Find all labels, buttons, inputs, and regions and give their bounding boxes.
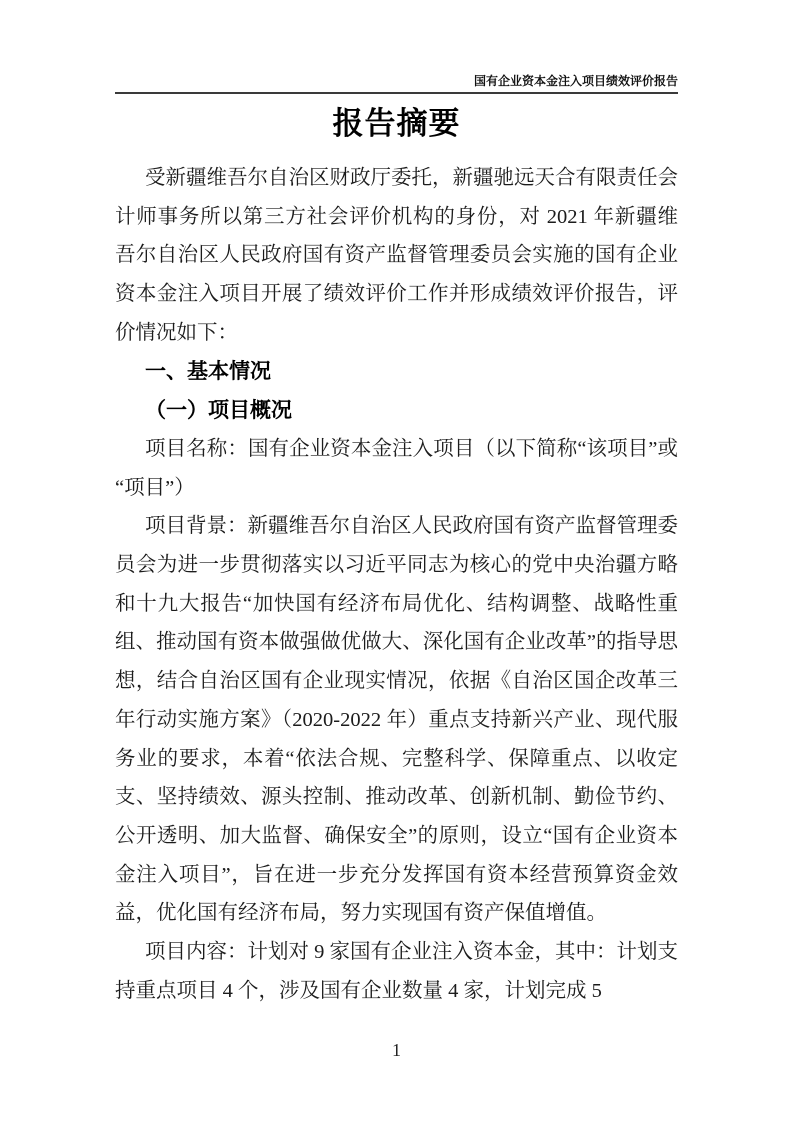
page-header: 国有企业资本金注入项目绩效评价报告	[115, 0, 678, 94]
paragraph-project-background: 项目背景：新疆维吾尔自治区人民政府国有资产监督管理委员会为进一步贯彻落实以习近平…	[115, 507, 678, 933]
subsection-heading-project-overview: （一）项目概况	[115, 391, 678, 430]
header-title-text: 国有企业资本金注入项目绩效评价报告	[474, 74, 678, 88]
report-page: 国有企业资本金注入项目绩效评价报告 报告摘要 受新疆维吾尔自治区财政厅委托，新疆…	[0, 0, 793, 1122]
section-heading-basic-situation: 一、基本情况	[115, 353, 678, 392]
paragraph-project-content: 项目内容：计划对 9 家国有企业注入资本金，其中：计划支持重点项目 4 个，涉及…	[115, 933, 678, 1010]
paragraph-intro: 受新疆维吾尔自治区财政厅委托，新疆驰远天合有限责任会计师事务所以第三方社会评价机…	[115, 159, 678, 353]
page-number: 1	[0, 1040, 793, 1060]
paragraph-project-name: 项目名称：国有企业资本金注入项目（以下简称“该项目”或“项目”）	[115, 430, 678, 507]
document-body: 受新疆维吾尔自治区财政厅委托，新疆驰远天合有限责任会计师事务所以第三方社会评价机…	[115, 159, 678, 1010]
page-title: 报告摘要	[115, 103, 678, 145]
